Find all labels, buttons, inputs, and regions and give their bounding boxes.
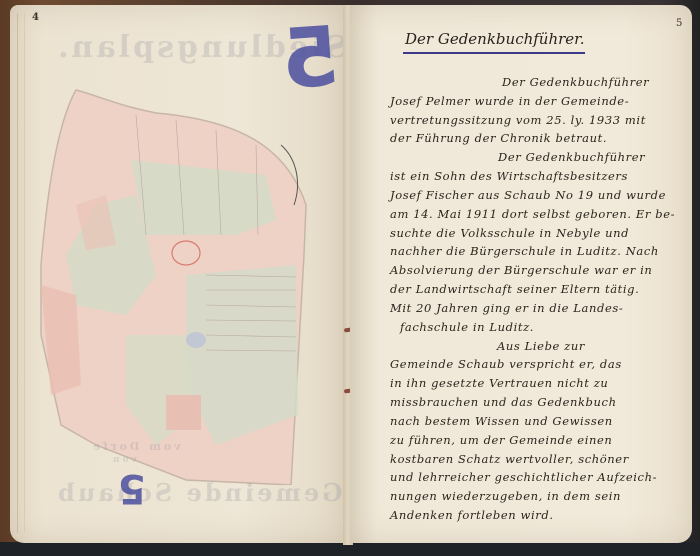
text-line: ist ein Sohn des Wirtschaftsbesitzers [390, 169, 628, 183]
text-line: nachher die Bürgerschule in Luditz. Nach [390, 244, 659, 258]
blue-pencil-number-bottom: 5 [118, 468, 146, 508]
text-line: Der Gedenkbuchführer [498, 150, 645, 164]
mirrored-footer-small: vom Dorfe [90, 440, 181, 453]
mirrored-footer-small2: von [110, 455, 137, 465]
text-line: und lehrreicher geschichtlicher Aufzeich… [390, 470, 657, 484]
text-line: der Führung der Chronik betraut. [390, 131, 607, 145]
text-line: Mit 20 Jahren ging er in die Landes- [390, 301, 623, 315]
text-line: zu führen, um der Gemeinde einen [390, 433, 612, 447]
text-line: Gemeinde Schaub verspricht er, das [390, 357, 622, 371]
page-edges [17, 13, 25, 533]
text-line: Der Gedenkbuchführer [502, 75, 649, 89]
text-line: kostbaren Schatz wertvoller, schöner [390, 452, 629, 466]
text-line: Josef Pelmer wurde in der Gemeinde- [390, 94, 629, 108]
text-line: Josef Fischer aus Schaub No 19 und wurde [390, 188, 666, 202]
left-page-number: 4 [32, 12, 39, 23]
text-line: nungen wiederzugeben, in dem sein [390, 489, 621, 503]
page-heading: Der Gedenkbuchführer. [405, 30, 584, 48]
text-line: in ihn gesetzte Vertrauen nicht zu [390, 376, 608, 390]
text-line: Andenken fortleben wird. [390, 508, 554, 522]
heading-underline [403, 52, 585, 54]
text-line: suchte die Volksschule in Nebyle und [390, 226, 629, 240]
text-line: nach bestem Wissen und Gewissen [390, 414, 613, 428]
text-line: fachschule in Luditz. [400, 320, 534, 334]
text-line: Aus Liebe zur [497, 339, 585, 353]
text-line: der Landwirtschaft seiner Eltern tätig. [390, 282, 639, 296]
blue-pencil-number-top: 5 [279, 16, 342, 102]
text-line: missbrauchen und das Gedenkbuch [390, 395, 617, 409]
mirrored-footer: Gemeinde Schaub [55, 478, 343, 507]
right-page-number: 5 [676, 18, 682, 29]
village-map [36, 85, 326, 485]
text-line: Absolvierung der Bürgerschule war er in [390, 263, 652, 277]
text-line: vertretungssitzung vom 25. ly. 1933 mit [390, 113, 646, 127]
text-line: am 14. Mai 1911 dort selbst geboren. Er … [390, 207, 675, 221]
